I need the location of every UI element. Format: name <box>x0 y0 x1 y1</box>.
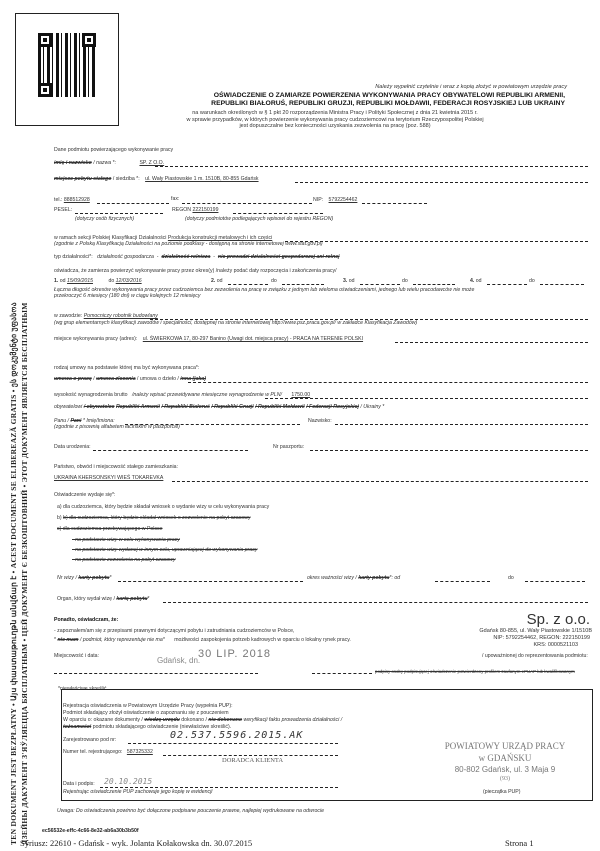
title-line-2: REPUBLIKI BIAŁORUŚ, REPUBLIKI GRUZJI, RE… <box>125 100 565 108</box>
pup-copy-note: Rejestrując oświadczenie PUP zachowuje j… <box>63 789 212 795</box>
citizenship-kept: / Ukrainy * <box>360 404 384 410</box>
declaration-line-1: - zapoznałem/am się z przepisami prawnym… <box>54 628 294 634</box>
organ-field[interactable] <box>163 602 588 603</box>
workplace-row: miejsce wykonywania pracy (adres): ul. Ś… <box>54 336 363 342</box>
side-text-left: TEN DOKUMENT JEST BEZPŁATNY • Այս փաստաթ… <box>9 302 18 845</box>
page-number: Strona 1 <box>505 838 534 848</box>
name-label-struck: imię i nazwisko <box>54 160 92 166</box>
activity-kept: działalność gospodarcza <box>97 254 154 260</box>
validity-to-field[interactable] <box>525 581 585 582</box>
issued-option-b: b) b) dla cudzoziemca, który będzie skła… <box>57 515 250 521</box>
pup-line-1: Rejestracja oświadczenia w Powiatowym Ur… <box>63 703 233 709</box>
validity-to-label: do <box>508 575 514 581</box>
period-2: 2. od <box>211 278 223 284</box>
pup-stamp-line-4: (93) <box>420 775 590 784</box>
period-3-from[interactable] <box>360 284 400 285</box>
surname-label: Nazwisko: <box>308 418 332 424</box>
visa-number-label: Nr wizy / karty pobytu* <box>57 575 112 581</box>
period-1: 1. od 15/09/2015 do 12/03/2016 <box>54 278 142 284</box>
periods-intro: oświadcza, że zamierza powierzyć wykonyw… <box>54 268 337 274</box>
employer-address-row: miejsce pobytu stałego / siedziba *: ul.… <box>54 176 259 182</box>
footer-warning: Uwaga: Do oświadczenia powinno być dołąc… <box>57 808 324 814</box>
reg-number-field[interactable]: 02.537.5596.2015.AK <box>170 730 303 741</box>
syriusz-signature-line: Syriusz: 22610 - Gdańsk - wyk. Jolanta K… <box>20 838 252 848</box>
issued-option-c: c) dla cudzoziemca przebywającego w Pols… <box>57 526 163 532</box>
organ-label: Organ, który wydał wizę / kartę pobytu* <box>57 596 150 602</box>
workplace-field[interactable]: ul. ŚWIERKOWA 17, 80-297 Banino (Uwagi d… <box>143 336 363 342</box>
pup-date-label: Data i podpis: <box>63 781 95 787</box>
regon-note: (dotyczy podmiotów podlegających wpisowi… <box>185 216 333 222</box>
pup-stamp-line-2: w GDAŃSKU <box>420 752 590 764</box>
tel-label: tel.: 888512928 <box>54 197 90 203</box>
residence-label: Państwo, obwód i miejscowość stałego zam… <box>54 464 178 470</box>
address-label-struck: miejsce pobytu stałego <box>54 176 111 182</box>
declaration-heading: Ponadto, oświadczam, że: <box>54 617 118 623</box>
company-stamp-name: Sp. z o.o. <box>450 611 590 628</box>
period-4-to-label: do <box>529 278 535 284</box>
employer-name-row: imię i nazwisko / nazwa *: SP. Z O.O. <box>54 160 164 166</box>
declaration-line-2: * nie mam / podmiot, który reprezentuje … <box>54 637 351 643</box>
activity-type-row: typ działalności*: działalność gospodarc… <box>54 254 340 260</box>
regon-field[interactable]: 222150199 <box>192 207 218 213</box>
dob-field[interactable] <box>93 450 248 451</box>
side-text-right: ДЗЕЙНЫ ДАКУМЕНТ З'ЯЎЛЯЕЦЦА БЯСПЛАТНЫМ • … <box>20 302 29 845</box>
profession-row: w zawodzie: Pomocniczy robotnik budowlan… <box>54 313 158 319</box>
tel-field[interactable]: 888512928 <box>64 197 90 203</box>
contract-label: rodzaj umowy na podstawie której ma być … <box>54 365 199 371</box>
pesel-note: (dotyczy osób fizycznych) <box>75 216 134 222</box>
contract-row: umowa o pracę / umowa zlecenia / umowa o… <box>54 376 206 382</box>
redacted-signature <box>316 645 482 663</box>
reg-tel-label: Numer tel. rejestrującego: 587325332 <box>63 749 153 755</box>
nip-field[interactable]: 5792254462 <box>329 197 358 203</box>
company-stamp-address: Gdańsk 80-855, ul. Wały Piastowskie 1/15… <box>450 628 592 635</box>
pup-stamp-line-1: POWIATOWY URZĄD PRACY <box>420 740 590 752</box>
company-stamp-ids: NIP: 5792254462, REGON: 222150199 <box>450 635 590 642</box>
legal-basis-line-2: w sprawie przypadków, w których powierze… <box>150 117 520 124</box>
passport-label: Nr paszportu: <box>273 444 304 450</box>
issued-option-c1: - na podstawie wizy w celu wykonywania p… <box>72 537 180 543</box>
name-label: / nazwa *: <box>93 160 116 166</box>
dob-label: Data urodzenia: <box>54 444 91 450</box>
latin-note: (zgodnie z pisownią alfabetem łacińskim … <box>54 424 180 430</box>
document-title: OŚWIADCZENIE O ZAMIARZE POWIERZENIA WYKO… <box>125 92 565 108</box>
pup-stamp-label: (pieczątka PUP) <box>483 789 520 795</box>
profession-field[interactable]: Pomocniczy robotnik budowlany <box>84 313 158 319</box>
passport-field[interactable] <box>310 450 588 451</box>
pup-stamp-line-3: 80-802 Gdańsk, ul. 3 Maja 9 <box>420 764 590 775</box>
place-date-field[interactable] <box>54 673 258 674</box>
document-id: ec56532e-effc-4c66-8e32-ab6a30b3b50f <box>42 828 139 834</box>
advisor-stamp: DORADCA KLIENTA <box>222 757 283 764</box>
period-3-to-label: do <box>402 278 408 284</box>
legal-basis-line-3: jest dopuszczalne bez konieczności uzysk… <box>150 123 520 130</box>
pesel-label: PESEL: <box>54 207 72 213</box>
activity-struck-1: działalność rolnicza <box>161 254 210 260</box>
issued-option-c3: - na podstawie zezwolenia na pobyt czaso… <box>72 557 176 563</box>
pesel-field[interactable] <box>75 213 163 214</box>
period-3: 3. od <box>343 278 355 284</box>
pup-line-3: W oparciu o: okazane dokumenty / wiedzę … <box>63 717 342 723</box>
reg-tel-field[interactable]: 587325332 <box>127 749 153 755</box>
issued-label: Oświadczenie wydaje się*: <box>54 492 115 498</box>
activity-struck-2: nie prowadzi działalności gospodarczej a… <box>218 254 340 260</box>
visa-number-field[interactable] <box>118 581 303 582</box>
issued-option-c2: - na podstawie wizy wydanej w innym celu… <box>72 547 257 553</box>
employer-address-field[interactable]: ul. Wały Piastowskie 1 m. 1510B, 80-855 … <box>145 176 258 182</box>
period-1-to[interactable]: 12/03/2016 <box>116 278 142 284</box>
date-stamp: 30 LIP. 2018 <box>198 648 271 660</box>
contract-kept: umowa o dzieło <box>140 376 176 382</box>
pup-date-field[interactable]: 20.10.2015 <box>104 777 152 786</box>
reg-number-label: Zarejestrowano pod nr: <box>63 737 116 743</box>
period-2-to-label: do <box>271 278 277 284</box>
place-date-stamp: Gdańsk, dn. <box>157 656 200 665</box>
place-date-label: Miejscowość i data: <box>54 653 99 659</box>
period-3-to[interactable] <box>413 284 455 285</box>
period-2-from[interactable] <box>228 284 268 285</box>
signature-note: podpisy osoby podpisującej oświadczenie … <box>375 669 575 675</box>
title-line-1: OŚWIADCZENIE O ZAMIARZE POWIERZENIA WYKO… <box>125 92 565 100</box>
legal-basis-line-1: na warunkach określonych w § 1 pkt 20 ro… <box>150 110 520 117</box>
surname-field[interactable] <box>335 424 588 425</box>
pup-stamp: POWIATOWY URZĄD PRACY w GDAŃSKU 80-802 G… <box>420 740 590 784</box>
period-4: 4. od <box>470 278 482 284</box>
employer-section-label: Dane podmiotu powierzającego wykonywanie… <box>54 147 173 153</box>
pkd-note: (zgodnie z Polską Klasyfikacją Działalno… <box>54 241 323 247</box>
fax-field[interactable] <box>182 203 312 204</box>
periods-note: Łączna długość okresów wykonywania pracy… <box>54 287 474 299</box>
qr-code-icon <box>15 13 119 126</box>
validity-from-field[interactable] <box>435 581 490 582</box>
nip-label: NIP: 5792254462 <box>313 197 357 203</box>
period-2-to[interactable] <box>282 284 324 285</box>
residence-field[interactable]: UKRAINA KHERSONSKYI WIEŚ TOKAREVKA <box>54 475 163 481</box>
citizenship-row: obywatelowi / obywatelce Republiki Armen… <box>54 404 384 410</box>
pup-line-2: Podmiot składający złożył oświadczenie o… <box>63 710 229 716</box>
profession-note: (wg grup elementarnych klasyfikacji zawo… <box>54 320 417 326</box>
period-1-from[interactable]: 15/09/2015 <box>67 278 93 284</box>
company-stamp: Sp. z o.o. Gdańsk 80-855, ul. Wały Piast… <box>450 611 590 649</box>
fill-instruction: Należy wypełnić czytelnie i wraz z kopią… <box>375 84 567 90</box>
fax-label: fax: <box>171 196 179 202</box>
issued-option-a: a) dla cudzoziemca, który będzie składał… <box>57 504 269 510</box>
legal-basis: na warunkach określonych w § 1 pkt 20 ro… <box>150 110 520 130</box>
visa-validity-label: okres ważności wizy / karty pobytu*: od <box>307 575 400 581</box>
address-label: / siedziba *: <box>113 176 140 182</box>
regon-label: REGON 222150199 <box>172 207 218 213</box>
contract-other-field[interactable] <box>188 382 588 383</box>
period-4-from[interactable] <box>487 284 527 285</box>
period-4-to[interactable] <box>540 284 584 285</box>
signature-label: / upoważnionej do reprezentowania podmio… <box>482 653 588 659</box>
